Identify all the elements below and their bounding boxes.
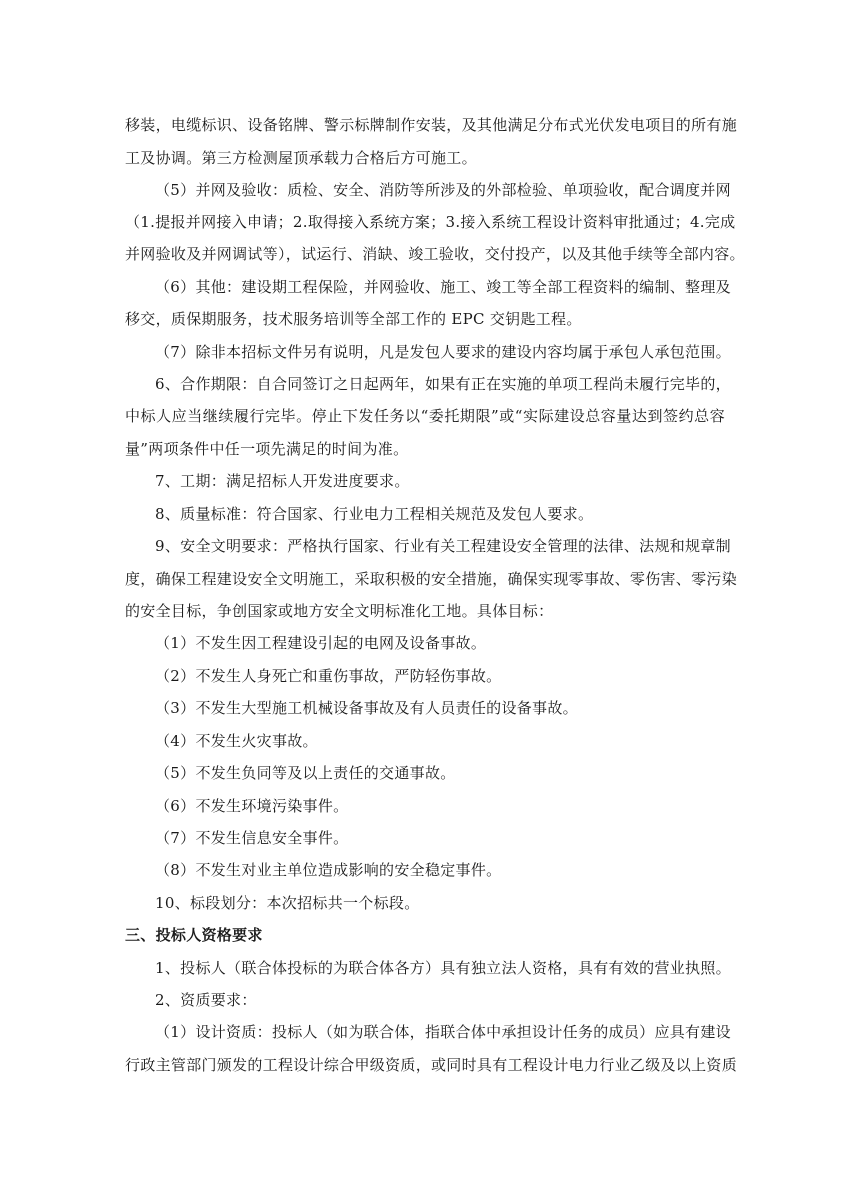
paragraph-line: 6、合作期限：自合同签订之日起两年，如果有正在实施的单项工程尚未履行完毕的， xyxy=(155,374,725,394)
paragraph-line: 行政主管部门颁发的工程设计综合甲级资质，或同时具有工程设计电力行业乙级及以上资质 xyxy=(125,1055,725,1075)
document-page: 移装，电缆标识、设备铭牌、警示标牌制作安装，及其他满足分布式光伏发电项目的所有施… xyxy=(0,0,848,1200)
paragraph-line: 9、安全文明要求：严格执行国家、行业有关工程建设安全管理的法律、法规和规章制 xyxy=(155,536,725,556)
list-item: （1）不发生因工程建设引起的电网及设备事故。 xyxy=(155,633,755,653)
paragraph-line: 移装，电缆标识、设备铭牌、警示标牌制作安装，及其他满足分布式光伏发电项目的所有施 xyxy=(125,115,725,135)
list-item: （3）不发生大型施工机械设备事故及有人员责任的设备事故。 xyxy=(155,698,755,718)
paragraph-line: 量”两项条件中任一项先满足的时间为准。 xyxy=(125,439,725,459)
paragraph-line: 度，确保工程建设安全文明施工，采取积极的安全措施，确保实现零事故、零伤害、零污染 xyxy=(125,569,725,589)
paragraph-line: （7）除非本招标文件另有说明，凡是发包人要求的建设内容均属于承包人承包范围。 xyxy=(155,342,725,362)
paragraph-line: （5）并网及验收：质检、安全、消防等所涉及的外部检验、单项验收，配合调度并网 xyxy=(155,180,725,200)
list-item: （2）不发生人身死亡和重伤事故，严防轻伤事故。 xyxy=(155,666,755,686)
list-item: （7）不发生信息安全事件。 xyxy=(155,828,755,848)
paragraph-line: 10、标段划分：本次招标共一个标段。 xyxy=(155,893,755,913)
paragraph-line: 移交，质保期服务，技术服务培训等全部工作的 EPC 交钥匙工程。 xyxy=(125,309,725,329)
paragraph-line: 的安全目标，争创国家或地方安全文明标准化工地。具体目标： xyxy=(125,601,725,621)
paragraph-line: （1.提报并网接入申请；2.取得接入系统方案；3.接入系统工程设计资料审批通过；… xyxy=(125,212,725,232)
paragraph-line: 2、资质要求： xyxy=(155,990,755,1010)
paragraph-line: 工及协调。第三方检测屋顶承载力合格后方可施工。 xyxy=(125,148,725,168)
list-item: （4）不发生火灾事故。 xyxy=(155,731,755,751)
paragraph-line: 中标人应当继续履行完毕。停止下发任务以“委托期限”或“实际建设总容量达到签约总容 xyxy=(125,406,725,426)
paragraph-line: （6）其他：建设期工程保险，并网验收、施工、竣工等全部工程资料的编制、整理及 xyxy=(155,277,725,297)
paragraph-line: 并网验收及并网调试等），试运行、消缺、竣工验收，交付投产，以及其他手续等全部内容… xyxy=(125,244,725,264)
list-item: （8）不发生对业主单位造成影响的安全稳定事件。 xyxy=(155,860,755,880)
list-item: （5）不发生负同等及以上责任的交通事故。 xyxy=(155,763,755,783)
paragraph-line: （1）设计资质：投标人（如为联合体，指联合体中承担设计任务的成员）应具有建设 xyxy=(155,1022,725,1042)
paragraph-line: 1、投标人（联合体投标的为联合体各方）具有独立法人资格，具有有效的营业执照。 xyxy=(155,958,725,978)
paragraph-line: 8、质量标准：符合国家、行业电力工程相关规范及发包人要求。 xyxy=(155,504,755,524)
section-heading: 三、投标人资格要求 xyxy=(125,925,725,945)
paragraph-line: 7、工期：满足招标人开发进度要求。 xyxy=(155,471,755,491)
list-item: （6）不发生环境污染事件。 xyxy=(155,796,755,816)
